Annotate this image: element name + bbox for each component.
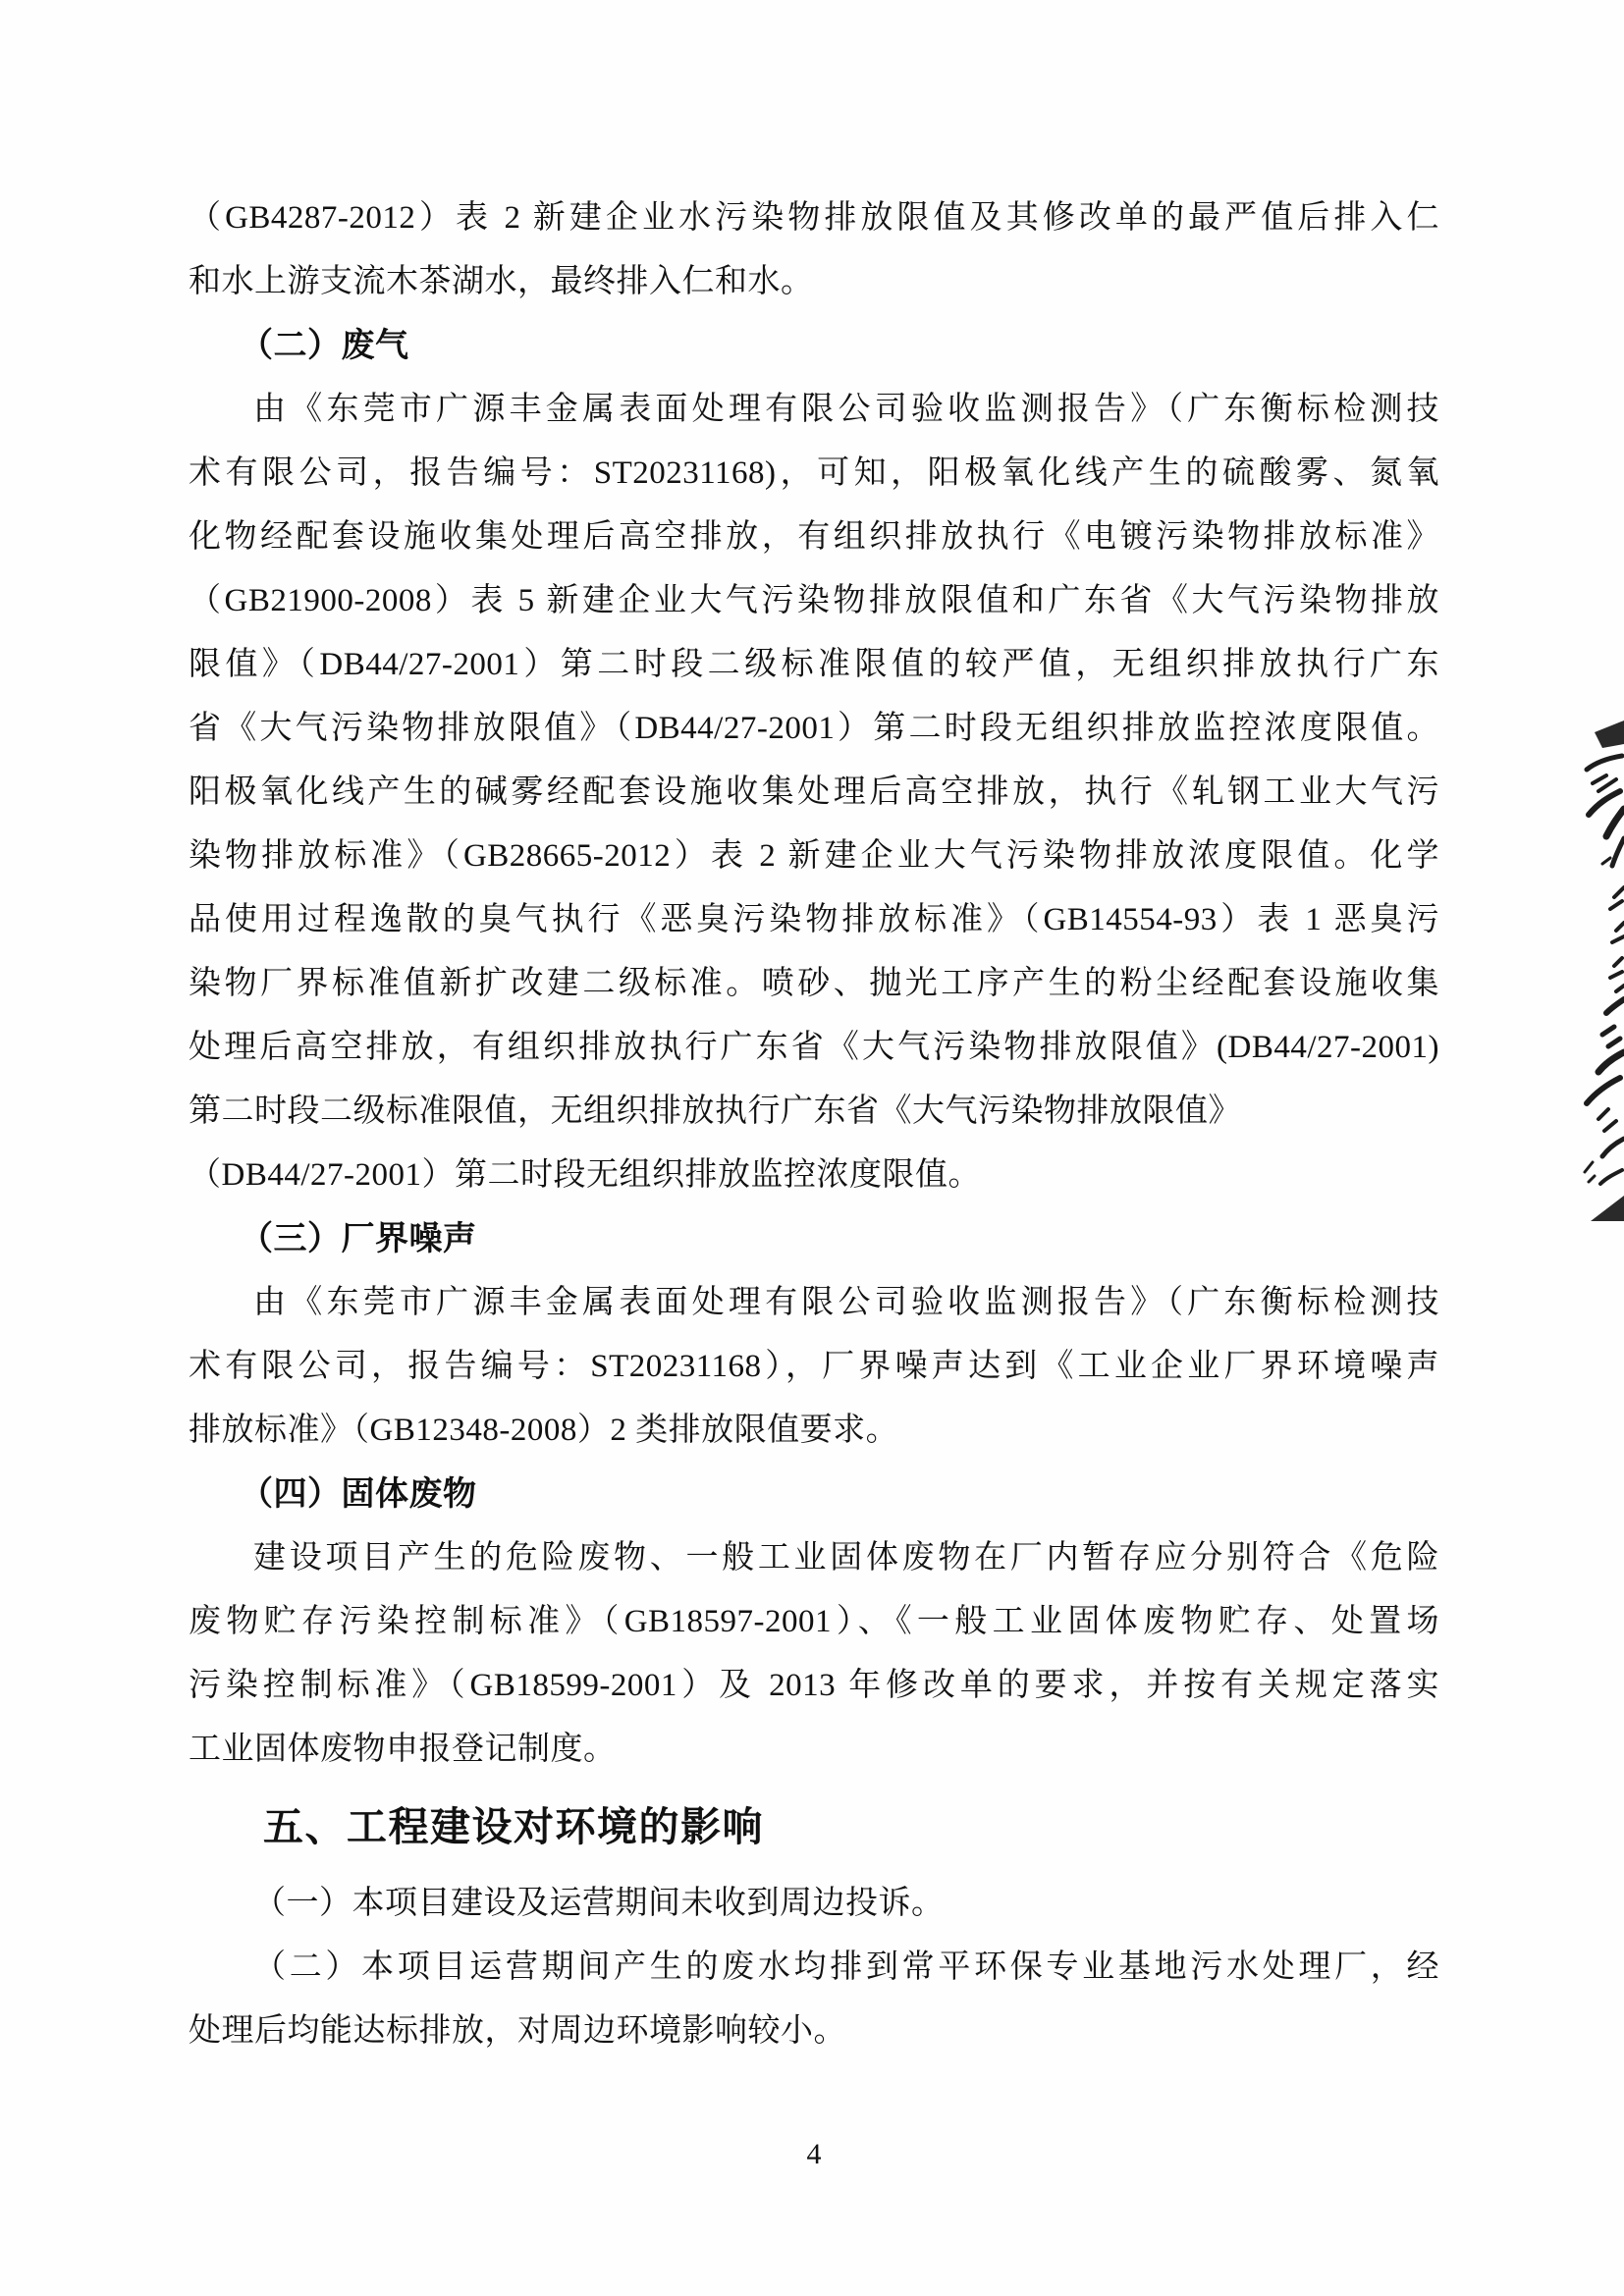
text-line: 建设项目产生的危险废物、一般工业固体废物在厂内暂存应分别符合《危险 — [189, 1526, 1439, 1590]
text-line: 废物贮存污染控制标准》（GB18597-2001）、《一般工业固体废物贮存、处置… — [189, 1590, 1439, 1654]
text-line: （一）本项目建设及运营期间未收到周边投诉。 — [189, 1872, 1439, 1936]
text-line: 由《东莞市广源丰金属表面处理有限公司验收监测报告》（广东衡标检测技 — [189, 1271, 1439, 1335]
scan-stamp-artifact — [1573, 719, 1624, 1224]
section-heading: 五、工程建设对环境的影响 — [189, 1782, 1439, 1872]
text-line: 化物经配套设施收集处理后高空排放，有组织排放执行《电镀污染物排放标准》 — [189, 506, 1439, 569]
text-line: 处理后高空排放，有组织排放执行广东省《大气污染物排放限值》(DB44/27-20… — [189, 1016, 1439, 1080]
text-line: （GB21900-2008）表 5 新建企业大气污染物排放限值和广东省《大气污染… — [189, 569, 1439, 633]
text-line: 第二时段二级标准限值，无组织排放执行广东省《大气污染物排放限值》 — [189, 1080, 1439, 1144]
subsection-heading: （二）废气 — [189, 314, 1439, 378]
text-line: 省《大气污染物排放限值》（DB44/27-2001）第二时段无组织排放监控浓度限… — [189, 697, 1439, 761]
text-line: 术有限公司，报告编号：ST20231168)，可知，阳极氧化线产生的硫酸雾、氮氧 — [189, 442, 1439, 506]
text-line: 术有限公司，报告编号：ST20231168），厂界噪声达到《工业企业厂界环境噪声 — [189, 1335, 1439, 1399]
text-line: 排放标准》（GB12348-2008）2 类排放限值要求。 — [189, 1399, 1439, 1463]
document-body: （GB4287-2012）表 2 新建企业水污染物排放限值及其修改单的最严值后排… — [189, 187, 1439, 2063]
text-line: 阳极氧化线产生的碱雾经配套设施收集处理后高空排放，执行《轧钢工业大气污 — [189, 761, 1439, 825]
text-line: 染物排放标准》（GB28665-2012）表 2 新建企业大气污染物排放浓度限值… — [189, 825, 1439, 888]
text-line: 限值》（DB44/27-2001）第二时段二级标准限值的较严值，无组织排放执行广… — [189, 633, 1439, 697]
text-line: 品使用过程逸散的臭气执行《恶臭污染物排放标准》（GB14554-93）表 1 恶… — [189, 888, 1439, 952]
text-line: 处理后均能达标排放，对周边环境影响较小。 — [189, 2000, 1439, 2063]
text-line: 和水上游支流木茶湖水，最终排入仁和水。 — [189, 250, 1439, 314]
subsection-heading: （三）厂界噪声 — [189, 1207, 1439, 1271]
text-line: （二）本项目运营期间产生的废水均排到常平环保专业基地污水处理厂，经 — [189, 1936, 1439, 2000]
document-page: （GB4287-2012）表 2 新建企业水污染物排放限值及其修改单的最严值后排… — [0, 0, 1624, 2296]
text-line: （DB44/27-2001）第二时段无组织排放监控浓度限值。 — [189, 1144, 1439, 1207]
subsection-heading: （四）固体废物 — [189, 1463, 1439, 1526]
text-line: （GB4287-2012）表 2 新建企业水污染物排放限值及其修改单的最严值后排… — [189, 187, 1439, 250]
text-line: 工业固体废物申报登记制度。 — [189, 1718, 1439, 1782]
text-line: 由《东莞市广源丰金属表面处理有限公司验收监测报告》（广东衡标检测技 — [189, 378, 1439, 442]
text-line: 污染控制标准》（GB18599-2001）及 2013 年修改单的要求，并按有关… — [189, 1654, 1439, 1718]
text-line: 染物厂界标准值新扩改建二级标准。喷砂、抛光工序产生的粉尘经配套设施收集 — [189, 952, 1439, 1016]
page-number: 4 — [189, 2138, 1439, 2171]
